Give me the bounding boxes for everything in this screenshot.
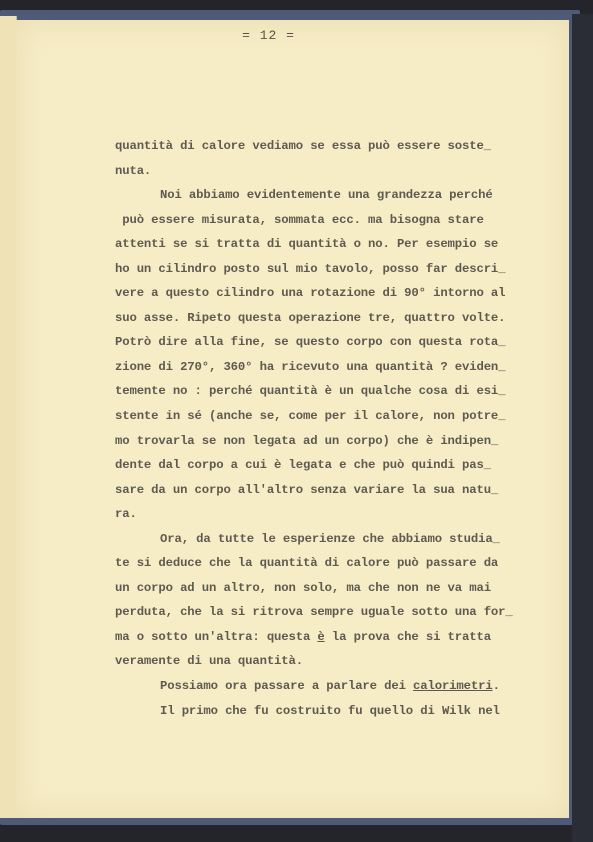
text-line: ho un cilindro posto sul mio tavolo, pos… [115,257,555,282]
text-line: zione di 270°, 360° ha ricevuto una quan… [115,355,555,380]
text-line: nuta. [115,159,555,184]
text-line: Potrò dire alla fine, se questo corpo co… [115,330,555,355]
text-line: suo asse. Ripeto questa operazione tre, … [115,306,555,331]
text-line: mo trovarla se non legata ad un corpo) c… [115,429,555,454]
text-line: vere a questo cilindro una rotazione di … [115,281,555,306]
text-line: Ora, da tutte le esperienze che abbiamo … [115,527,555,552]
text-line: Possiamo ora passare a parlare dei calor… [115,674,555,699]
text-line: dente dal corpo a cui è legata e che può… [115,453,555,478]
underlined-word: è [317,630,324,644]
typewritten-body: quantità di calore vediamo se essa può e… [115,134,555,723]
text-line: Il primo che fu costruito fu quello di W… [115,699,555,724]
text-line: un corpo ad un altro, non solo, ma che n… [115,576,555,601]
text-line: quantità di calore vediamo se essa può e… [115,134,555,159]
page-number: = 12 = [16,28,521,43]
text-line: temente no : perché quantità è un qualch… [115,379,555,404]
text-line: Noi abbiamo evidentemente una grandezza … [115,183,555,208]
text-line: attenti se si tratta di quantità o no. P… [115,232,555,257]
text-line: te si deduce che la quantità di calore p… [115,551,555,576]
text-line: può essere misurata, sommata ecc. ma bis… [115,208,555,233]
text-line: ma o sotto un'altra: questa è la prova c… [115,625,555,650]
text-line: perduta, che la si ritrova sempre uguale… [115,600,555,625]
cover-edge-shadow [572,14,593,842]
text-line: sare da un corpo all'altro senza variare… [115,478,555,503]
text-line: stente in sé (anche se, come per il calo… [115,404,555,429]
text-line: ra. [115,502,555,527]
text-line: veramente di una quantità. [115,649,555,674]
underlined-word: calorimetri [413,679,493,693]
facing-page-edge [0,16,17,818]
document-page: = 12 = quantità di calore vediamo se ess… [16,20,569,818]
